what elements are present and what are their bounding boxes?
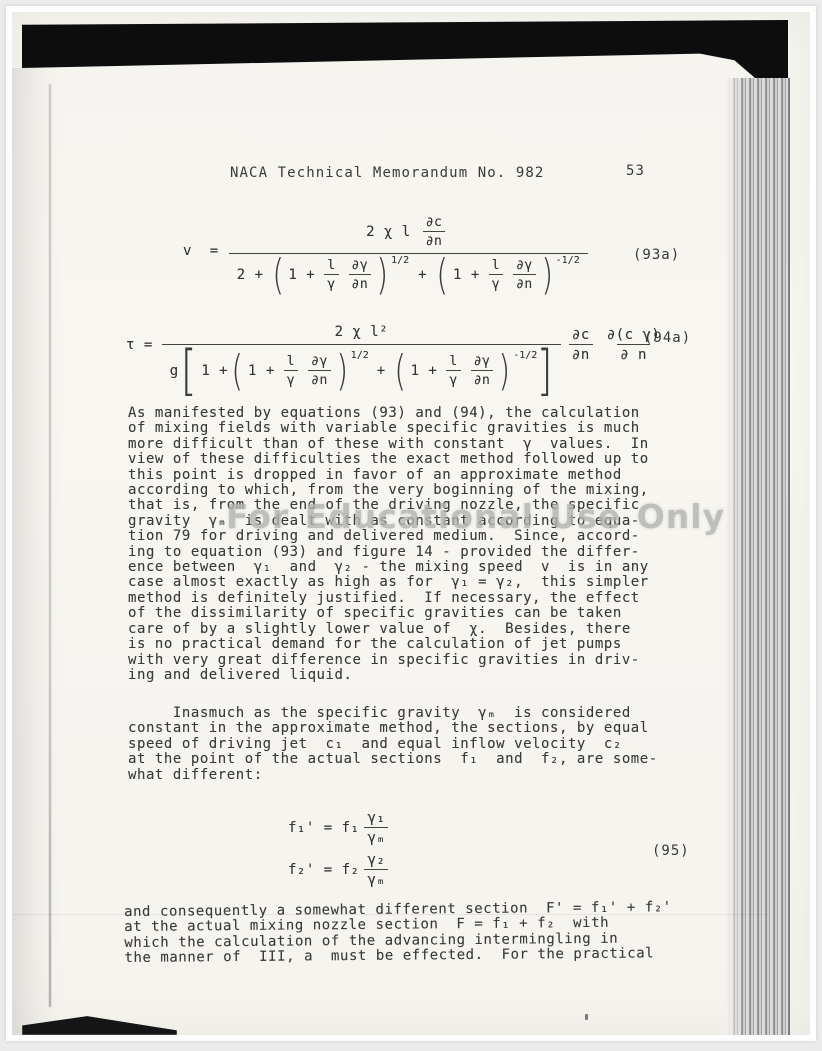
eq94a-den-coef: g xyxy=(170,363,179,379)
paragraph-1: As manifested by equations (93) and (94)… xyxy=(128,406,649,683)
eq95-line2-lhs: f₂' = f₂ xyxy=(288,862,359,878)
eq95-line1-lhs: f₁' = f₁ xyxy=(288,820,359,836)
frac-den: γ xyxy=(489,274,503,292)
open-bracket: [ xyxy=(180,349,196,392)
equation-93a: v = 2 χ l ∂c ∂n 2 + ( 1 + xyxy=(183,213,588,293)
eq94a-lhs: τ = xyxy=(126,337,153,353)
frac-den: γ xyxy=(446,370,460,388)
dgamma-over-dn: ∂γ ∂n xyxy=(471,354,494,388)
eq93a-numerator-fraction: ∂c ∂n xyxy=(423,215,446,249)
eq94a-fraction: 2 χ l² g [ 1 + ( 1 + l γ ∂γ xyxy=(162,322,561,393)
group-body: 1 + xyxy=(248,363,275,379)
gamma1-over-gammam: γ₁ γₘ xyxy=(364,810,388,846)
page-title: NACA Technical Memorandum No. 982 xyxy=(230,165,544,181)
open-paren: ( xyxy=(394,354,406,388)
top-scan-bar xyxy=(22,20,788,80)
frac-num: ∂γ xyxy=(471,354,494,370)
frac-num: l xyxy=(446,354,460,370)
frac-den: γ xyxy=(284,370,298,388)
open-paren: ( xyxy=(272,258,284,292)
gutter-shading xyxy=(12,68,64,1035)
exponent: 1/2 xyxy=(351,350,369,361)
frac-num: γ₁ xyxy=(364,810,388,827)
eq94a-numerator: 2 χ l² xyxy=(335,324,389,340)
frac-den: ∂ n xyxy=(617,344,650,363)
dgamma-over-dn: ∂γ ∂n xyxy=(308,354,331,388)
frac-den: γₘ xyxy=(364,869,388,888)
eq93a-numerator-coef: 2 χ l xyxy=(366,224,411,240)
frac-den: γₘ xyxy=(364,827,388,846)
frac-den: ∂n xyxy=(349,274,372,292)
paragraph-3: and consequently a somewhat different se… xyxy=(124,900,672,966)
eq95-label: (95) xyxy=(652,843,690,859)
plus-sign: + xyxy=(418,267,427,283)
l-over-gamma: l γ xyxy=(284,354,298,388)
paragraph-2: Inasmuch as the specific gravity γₘ is c… xyxy=(128,706,658,783)
open-paren: ( xyxy=(232,354,244,388)
eq95-line1: f₁' = f₁ γ₁ γₘ xyxy=(288,810,393,846)
frac-num: ∂γ xyxy=(513,258,536,274)
close-paren: ) xyxy=(377,258,389,292)
eq95-line2: f₂' = f₂ γ₂ γₘ xyxy=(288,852,393,888)
gutter-line xyxy=(49,84,51,1007)
frac-num: ∂c xyxy=(569,327,593,344)
exponent: -1/2 xyxy=(513,350,537,361)
eq93a-den-prefix: 2 + xyxy=(237,267,264,283)
page-edge-stripes xyxy=(726,78,790,1035)
equation-95: f₁' = f₁ γ₁ γₘ f₂' = f₂ γ₂ γₘ xyxy=(288,810,393,888)
dgamma-over-dn: ∂γ ∂n xyxy=(513,258,536,292)
frac-den: γ xyxy=(324,274,338,292)
watermark: For Educational Use Only xyxy=(226,497,725,536)
open-paren: ( xyxy=(437,258,449,292)
eq93a-fraction: 2 χ l ∂c ∂n 2 + ( 1 + l γ xyxy=(229,213,588,293)
frac-den: ∂n xyxy=(471,370,494,388)
equation-94a: τ = 2 χ l² g [ 1 + ( 1 + l γ xyxy=(126,322,668,393)
frac-num: ∂γ xyxy=(349,258,372,274)
frac-num: l xyxy=(284,354,298,370)
close-paren: ) xyxy=(541,258,553,292)
frac-den: ∂n xyxy=(569,344,593,363)
l-over-gamma: l γ xyxy=(446,354,460,388)
eq93a-group1: ( 1 + l γ ∂γ ∂n ) 1/2 xyxy=(272,258,410,292)
close-paren: ) xyxy=(336,354,348,388)
frac-num: l xyxy=(324,258,338,274)
page-number: 53 xyxy=(626,163,645,179)
eq93a-lhs: v = xyxy=(183,243,219,259)
scanned-page: NACA Technical Memorandum No. 982 53 v =… xyxy=(12,12,810,1035)
frac-num: ∂γ xyxy=(308,354,331,370)
partial-c: ∂c xyxy=(423,215,446,231)
gamma2-over-gammam: γ₂ γₘ xyxy=(364,852,388,888)
l-over-gamma: l γ xyxy=(489,258,503,292)
exponent: -1/2 xyxy=(556,255,580,266)
scan-speck xyxy=(585,1014,588,1020)
dgamma-over-dn: ∂γ ∂n xyxy=(349,258,372,292)
frac-den: ∂n xyxy=(308,370,331,388)
group-body: 1 + xyxy=(453,267,480,283)
partial-n: ∂n xyxy=(423,231,446,249)
group-body: 1 + xyxy=(288,267,315,283)
eq94a-label: (94a) xyxy=(644,330,691,346)
exponent: 1/2 xyxy=(391,255,409,266)
group-body: 1 + xyxy=(411,363,438,379)
eq94a-group2: ( 1 + l γ ∂γ ∂n ) -1/2 xyxy=(394,354,538,388)
close-bracket: ] xyxy=(537,349,553,392)
close-paren: ) xyxy=(499,354,511,388)
eq94a-den-prefix: 1 + xyxy=(201,363,228,379)
l-over-gamma: l γ xyxy=(324,258,338,292)
frac-num: l xyxy=(489,258,503,274)
eq93a-group2: ( 1 + l γ ∂γ ∂n ) -1/2 xyxy=(436,258,580,292)
eq94a-group1: ( 1 + l γ ∂γ ∂n ) 1/2 xyxy=(231,354,369,388)
frac-den: ∂n xyxy=(513,274,536,292)
eq93a-label: (93a) xyxy=(633,247,680,263)
eq94a-tail-fraction-1: ∂c ∂n xyxy=(569,327,593,363)
frac-num: γ₂ xyxy=(364,852,388,869)
plus-sign: + xyxy=(377,363,386,379)
